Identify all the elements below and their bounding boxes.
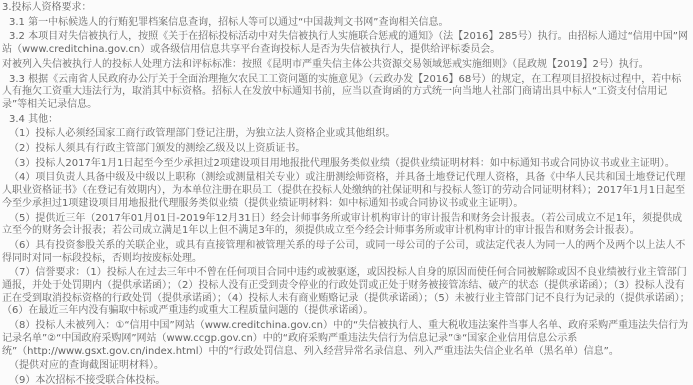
clause-3-2: 3.2 本项目对失信被执行人，按照《关于在招标投标活动中对失信被执行人实施联合惩… — [2, 31, 690, 56]
clause-3-1: 3.1 第一中标候选人的行贿犯罪档案信息查询，招标人等可以通过“中国裁判文书网”… — [2, 17, 690, 30]
clause-3-4-item-4: （4）项目负责人具备中级及中级以上职称（测绘或测量相关专业）或注册测绘师资格，并… — [2, 172, 690, 210]
clause-blacklist-handling: 对被列入失信被执行人的投标人处理方法和评标标准：按照《昆明市严重失信主体公共资源… — [2, 59, 690, 72]
clause-3-4-item-8: （8）投标人未被列入：①“信用中国”网站（www.creditchina.gov… — [2, 320, 690, 358]
clause-3-4-item-6: （6）具有投资参股关系的关联企业，或具有直接管理和被管理关系的母子公司，或同一母… — [2, 240, 690, 265]
bid-requirements-document: 3.投标人资格要求： 3.1 第一中标候选人的行贿犯罪档案信息查询，招标人等可以… — [0, 0, 693, 385]
clause-3-4-item-1: （1）投标人必须经国家工商行政管理部门登记注册，为独立法人资格企业或其他组织。 — [2, 128, 690, 141]
clause-3-heading: 3.投标人资格要求： — [2, 2, 690, 15]
clause-3-4-item-5: （5）提供近三年（2017年01月01日-2019年12月31日）经会计师事务所… — [2, 213, 690, 238]
clause-3-4-item-2: （2）投标人须具有行政主管部门颁发的测绘乙级及以上资质证书。 — [2, 143, 690, 156]
clause-3-4-item-9: （9）本次招标不接受联合体投标。 — [2, 375, 690, 385]
clause-3-4-item-7: （7）信誉要求：（1）投标人在过去三年中不曾在任何项目合同中违约或被驱逐，或因投… — [2, 267, 690, 318]
clause-3-4-heading: 3.4 其他： — [2, 114, 690, 127]
clause-3-4-item-3: （3）投标人2017年1月1日起至今至少承担过2项建设项目用地报批代理服务类似业… — [2, 158, 690, 171]
clause-3-4-item-8-note: （提供对应的查询截图证明材料）。 — [2, 360, 690, 373]
clause-3-3: 3.3 根据《云南省人民政府办公厅关于全面治理拖欠农民工工资问题的实施意见》（云… — [2, 74, 690, 112]
